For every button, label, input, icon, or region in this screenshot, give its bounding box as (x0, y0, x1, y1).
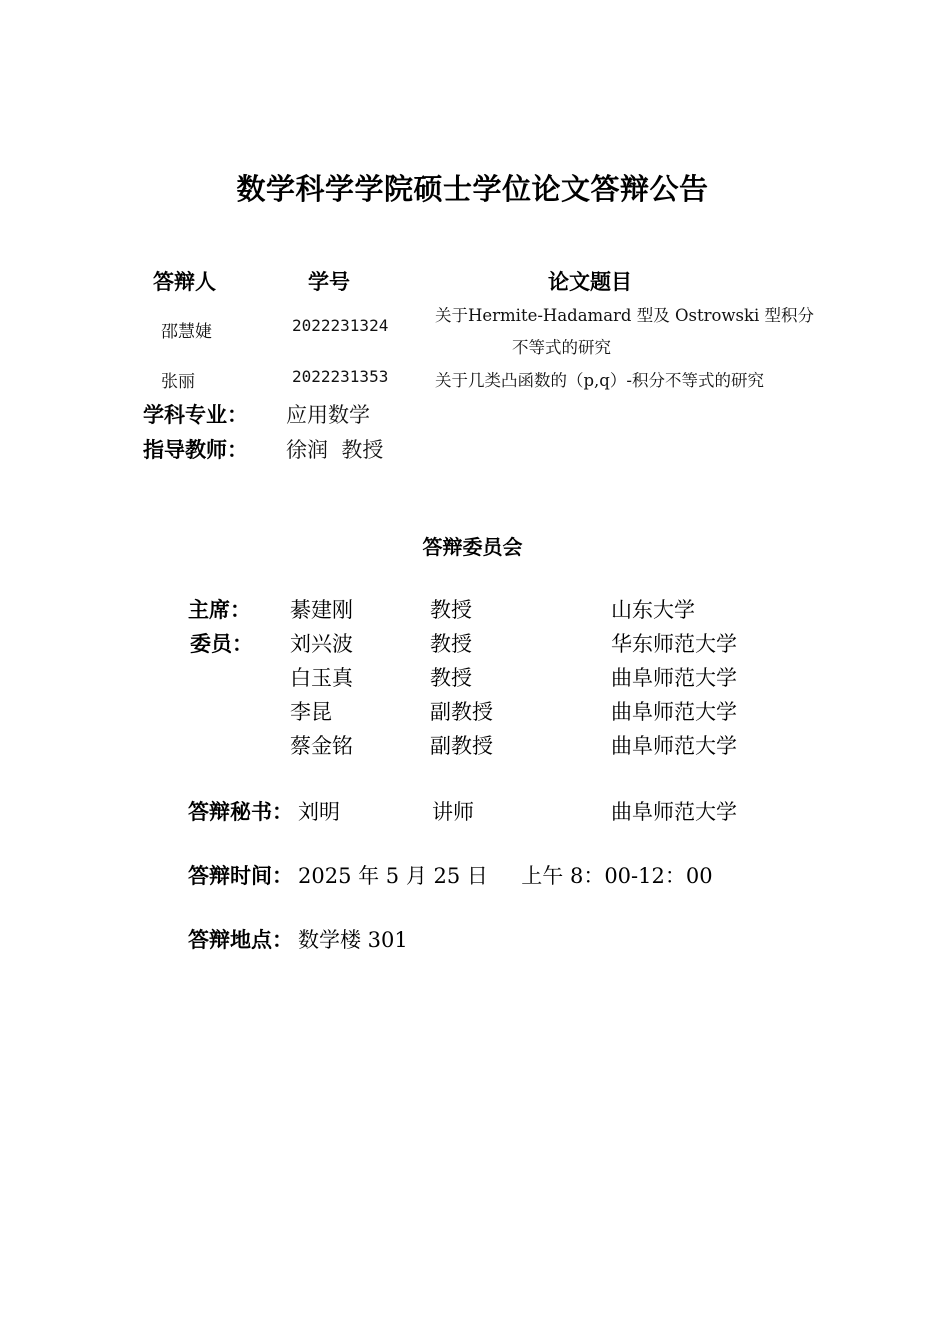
chair-label: 主席： (188, 594, 251, 624)
header-name: 答辩人 (153, 266, 216, 296)
member-affiliation: 曲阜师范大学 (611, 696, 737, 726)
advisor-value: 徐润 教授 (286, 434, 383, 464)
member-rank: 副教授 (430, 730, 493, 760)
student-name: 张丽 (161, 367, 195, 392)
member-label: 委员： (190, 628, 253, 658)
member-rank: 教授 (430, 662, 472, 692)
member-rank: 教授 (430, 594, 472, 624)
header-thesis: 论文题目 (548, 266, 632, 296)
major-value: 应用数学 (286, 399, 370, 429)
thesis-title-line1: 关于Hermite-Hadamard 型及 Ostrowski 型积分 (435, 302, 814, 326)
advisor-label: 指导教师： (143, 434, 248, 464)
committee-title: 答辩委员会 (0, 531, 945, 560)
thesis-title-line2: 不等式的研究 (512, 334, 611, 358)
member-name: 刘兴波 (290, 628, 353, 658)
student-name: 邵慧婕 (161, 317, 212, 342)
major-label: 学科专业： (143, 399, 248, 429)
header-id: 学号 (308, 266, 350, 296)
member-rank: 副教授 (430, 696, 493, 726)
member-name: 李昆 (290, 696, 332, 726)
member-name: 白玉真 (290, 662, 353, 692)
secretary-affiliation: 曲阜师范大学 (611, 796, 737, 826)
member-name: 綦建刚 (290, 594, 353, 624)
member-name: 蔡金铭 (290, 730, 353, 760)
member-affiliation: 曲阜师范大学 (611, 730, 737, 760)
member-affiliation: 华东师范大学 (611, 628, 737, 658)
student-id: 2022231324 (292, 316, 388, 335)
member-rank: 教授 (430, 628, 472, 658)
defense-time-value: 2025 年 5 月 25 日 上午 8：00-12：00 (298, 860, 713, 890)
defense-location-value: 数学楼 301 (298, 924, 408, 954)
secretary-rank: 讲师 (432, 796, 474, 826)
defense-location-label: 答辩地点： (188, 924, 293, 954)
secretary-name: 刘明 (298, 796, 340, 826)
student-id: 2022231353 (292, 367, 388, 386)
member-affiliation: 山东大学 (611, 594, 695, 624)
document-title: 数学科学学院硕士学位论文答辩公告 (0, 167, 945, 208)
member-affiliation: 曲阜师范大学 (611, 662, 737, 692)
secretary-label: 答辩秘书： (188, 796, 293, 826)
defense-time-label: 答辩时间： (188, 860, 293, 890)
thesis-title-line1: 关于几类凸函数的（p,q）-积分不等式的研究 (435, 367, 764, 391)
